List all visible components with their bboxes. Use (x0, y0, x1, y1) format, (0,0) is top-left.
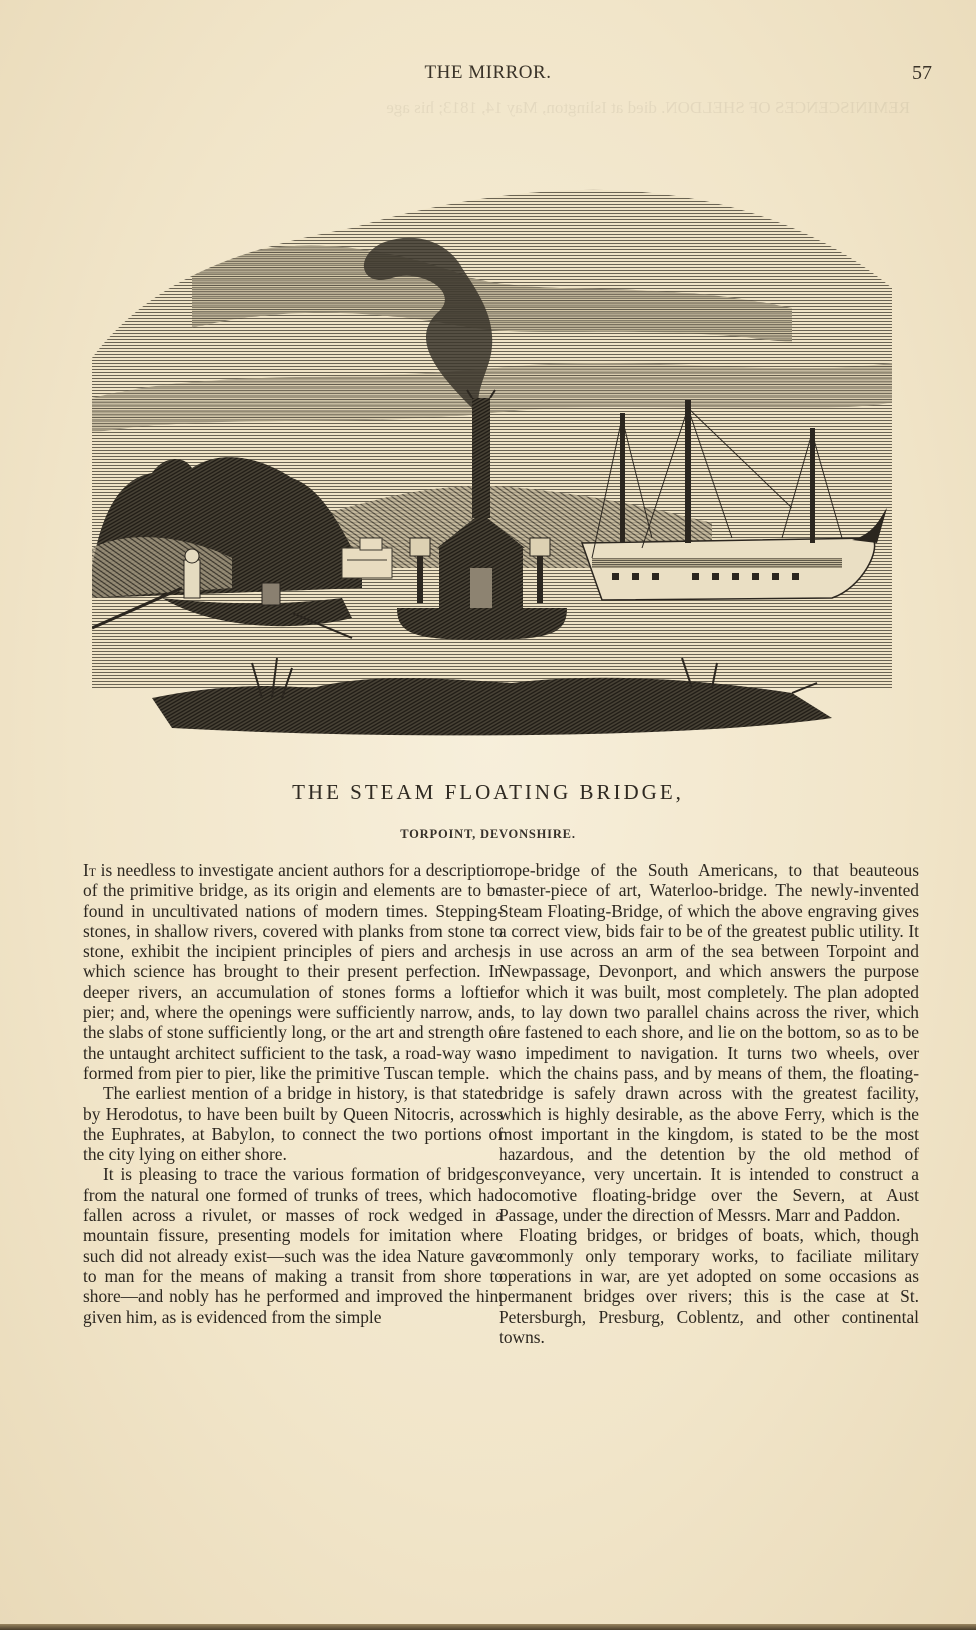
page-edge (0, 1624, 976, 1630)
engraving-illustration (92, 128, 892, 750)
left-column: It is needless to investigate ancient au… (83, 860, 503, 1327)
paragraph: It is needless to investigate ancient au… (83, 860, 503, 1083)
article-title: THE STEAM FLOATING BRIDGE, (0, 780, 976, 805)
paragraph: rope-bridge of the South Americans, to t… (499, 860, 919, 1225)
running-title: THE MIRROR. (0, 62, 976, 84)
paragraph: It is pleasing to trace the various form… (83, 1164, 503, 1326)
right-column: rope-bridge of the South Americans, to t… (499, 860, 919, 1347)
article-subtitle: TORPOINT, DEVONSHIRE. (0, 827, 976, 842)
running-head: THE MIRROR. 57 (0, 62, 976, 86)
foreground-bank (152, 678, 832, 736)
paragraph: The earliest mention of a bridge in hist… (83, 1083, 503, 1164)
paragraph: Floating bridges, or bridges of boats, w… (499, 1225, 919, 1347)
page-number: 57 (912, 62, 932, 85)
lead-word: It (83, 860, 96, 880)
bleed-through-text: REMINISCENCES OF SHELDON. died at Isling… (80, 98, 910, 118)
